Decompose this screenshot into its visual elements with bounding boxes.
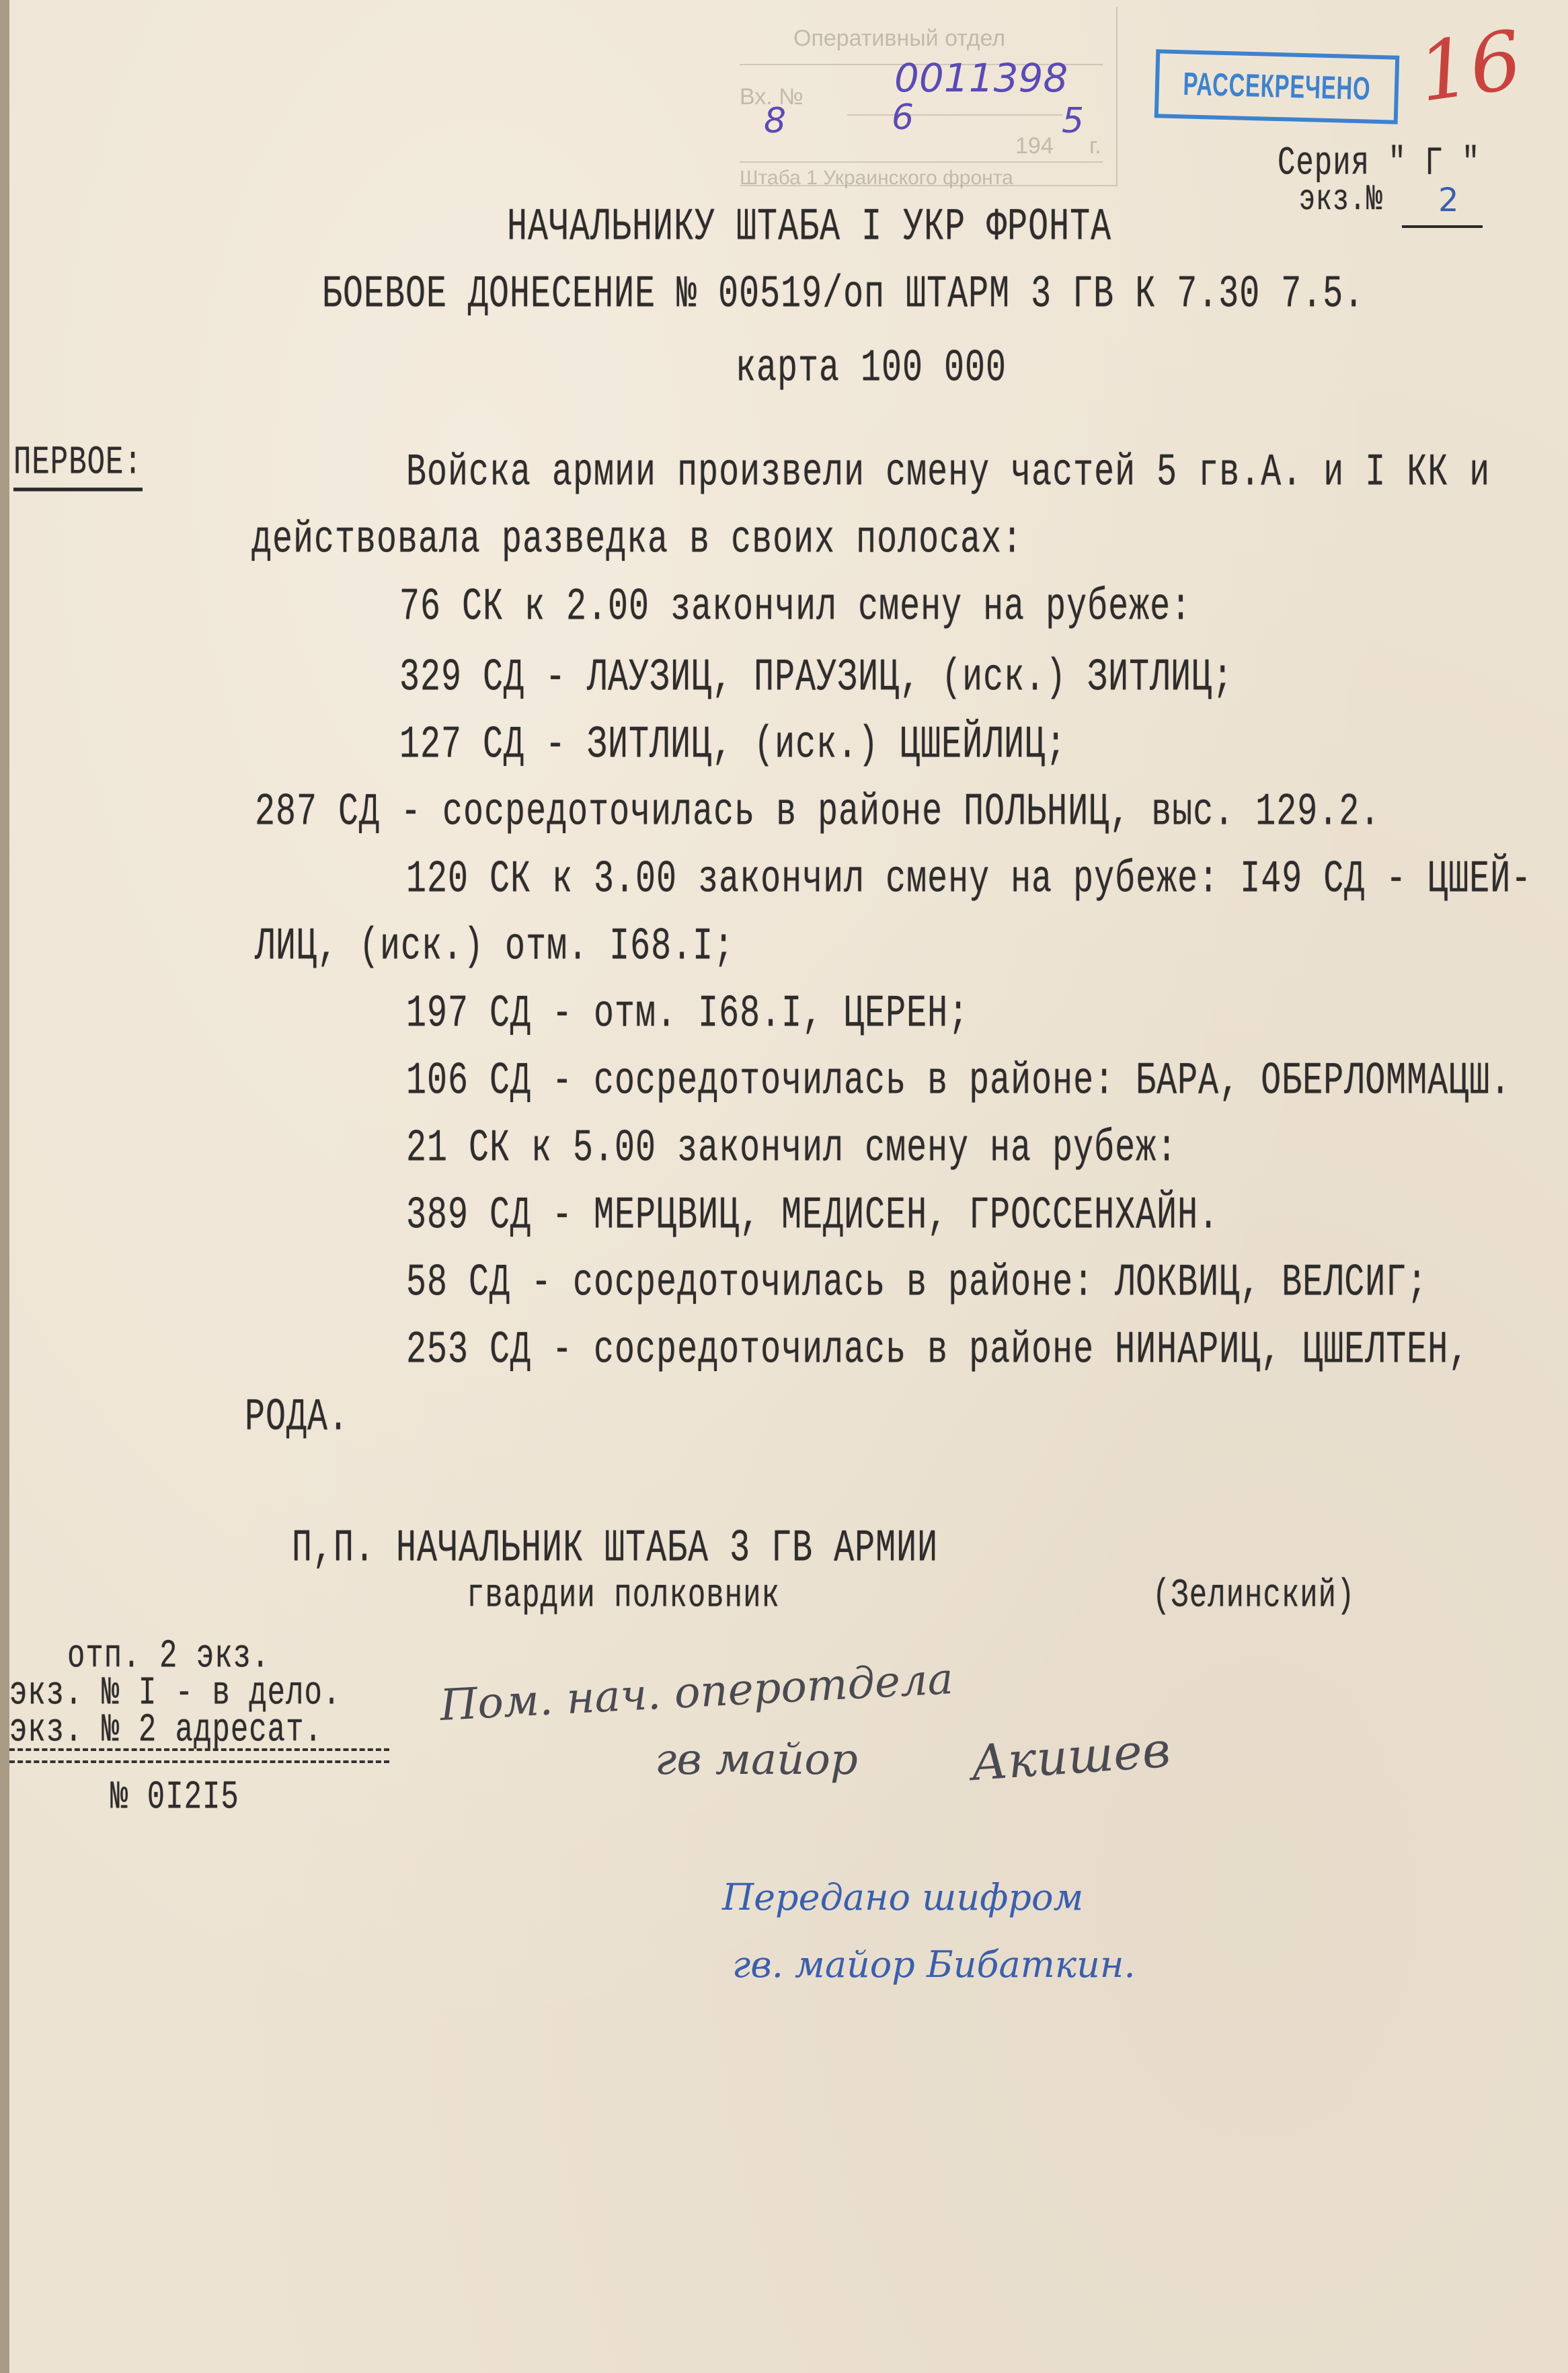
body-line: 106 СД - сосредоточилась в районе: БАРА,… xyxy=(406,1056,1511,1107)
body-line: 197 СД - отм. I68.I, ЦЕРЕН; xyxy=(406,988,969,1040)
body-line: 287 СД - сосредоточилась в районе ПОЛЬНИ… xyxy=(255,787,1380,839)
document-page: Оперативный отдел Вх. № 194 г. Штаба 1 У… xyxy=(9,0,1568,2373)
body-line: 76 СК к 2.00 закончил смену на рубеже: xyxy=(399,582,1191,633)
incoming-number: 0011398 xyxy=(894,55,1068,101)
body-line: действовала разведка в своих полосах: xyxy=(251,514,1023,566)
body-line: 127 СД - ЗИТЛИЦ, (иск.) ЦШЕЙЛИЦ; xyxy=(399,719,1066,771)
map-reference: карта 100 000 xyxy=(736,343,1007,395)
body-line: РОДА. xyxy=(245,1392,349,1444)
body-line: Войска армии произвели смену частей 5 гв… xyxy=(406,447,1490,499)
copy-number: 2 xyxy=(1438,182,1459,219)
handwritten-signature: Акишев xyxy=(969,1721,1172,1791)
handwritten-cipher-officer: гв. майор Бибаткин. xyxy=(732,1943,1136,1986)
body-line: 253 СД - сосредоточилась в районе НИНАРИ… xyxy=(406,1325,1469,1376)
stamp-year-suffix: г. xyxy=(1089,133,1101,159)
paper-edge xyxy=(0,0,9,2373)
distribution-copy-2: экз. № 2 адресат. xyxy=(9,1708,323,1754)
sheet-number: 16 xyxy=(1413,13,1528,120)
signatory-rank: гвардии полковник xyxy=(467,1573,780,1619)
body-line: 329 СД - ЛАУЗИЦ, ПРАУЗИЦ, (иск.) ЗИТЛИЦ; xyxy=(399,652,1233,704)
copy-label: экз.№ xyxy=(1299,180,1383,221)
copy-number-underline xyxy=(1402,225,1483,228)
section-first-label: ПЕРВОЕ: xyxy=(13,440,143,492)
handwritten-position: Пом. нач. оперотдела xyxy=(439,1654,955,1731)
signatory-title: П,П. НАЧАЛЬНИК ШТАБА 3 ГВ АРМИИ xyxy=(292,1523,938,1575)
signatory-name: (Зелинский) xyxy=(1152,1573,1355,1619)
report-title: БОЕВОЕ ДОНЕСЕНИЕ № 00519/оп ШТАРМ 3 ГВ К… xyxy=(322,269,1364,321)
addressee: НАЧАЛЬНИКУ ШТАБА I УКР ФРОНТА xyxy=(507,202,1111,254)
double-rule-divider xyxy=(9,1748,389,1763)
handwritten-cipher-note: Передано шифром xyxy=(722,1876,1083,1918)
incoming-date-day: 8 xyxy=(764,101,786,141)
body-line: 21 СК к 5.00 закончил смену на рубеж: xyxy=(406,1123,1177,1175)
body-line: 120 СК к 3.00 закончил смену на рубеже: … xyxy=(406,854,1532,906)
stamp-year-printed: 194 xyxy=(1015,133,1054,159)
stamp-footer: Штаба 1 Украинского фронта xyxy=(740,167,1013,190)
declassified-stamp: РАССЕКРЕЧЕНО xyxy=(1154,49,1400,124)
series-value: " Г " xyxy=(1388,141,1480,187)
declassified-stamp-text: РАССЕКРЕЧЕНО xyxy=(1183,66,1371,107)
incoming-date-year: 5 xyxy=(1062,101,1084,141)
body-line: 58 СД - сосредоточилась в районе: ЛОКВИЦ… xyxy=(406,1257,1427,1309)
stamp-header: Оперативный отдел xyxy=(793,26,1005,52)
incoming-date-month: 6 xyxy=(892,98,914,138)
body-line: ЛИЦ, (иск.) отм. I68.I; xyxy=(255,921,734,973)
outgoing-number: № 0I2I5 xyxy=(110,1775,239,1821)
handwritten-rank: гв майор xyxy=(655,1735,858,1785)
body-line: 389 СД - МЕРЦВИЦ, МЕДИСЕН, ГРОССЕНХАЙН. xyxy=(406,1190,1219,1242)
